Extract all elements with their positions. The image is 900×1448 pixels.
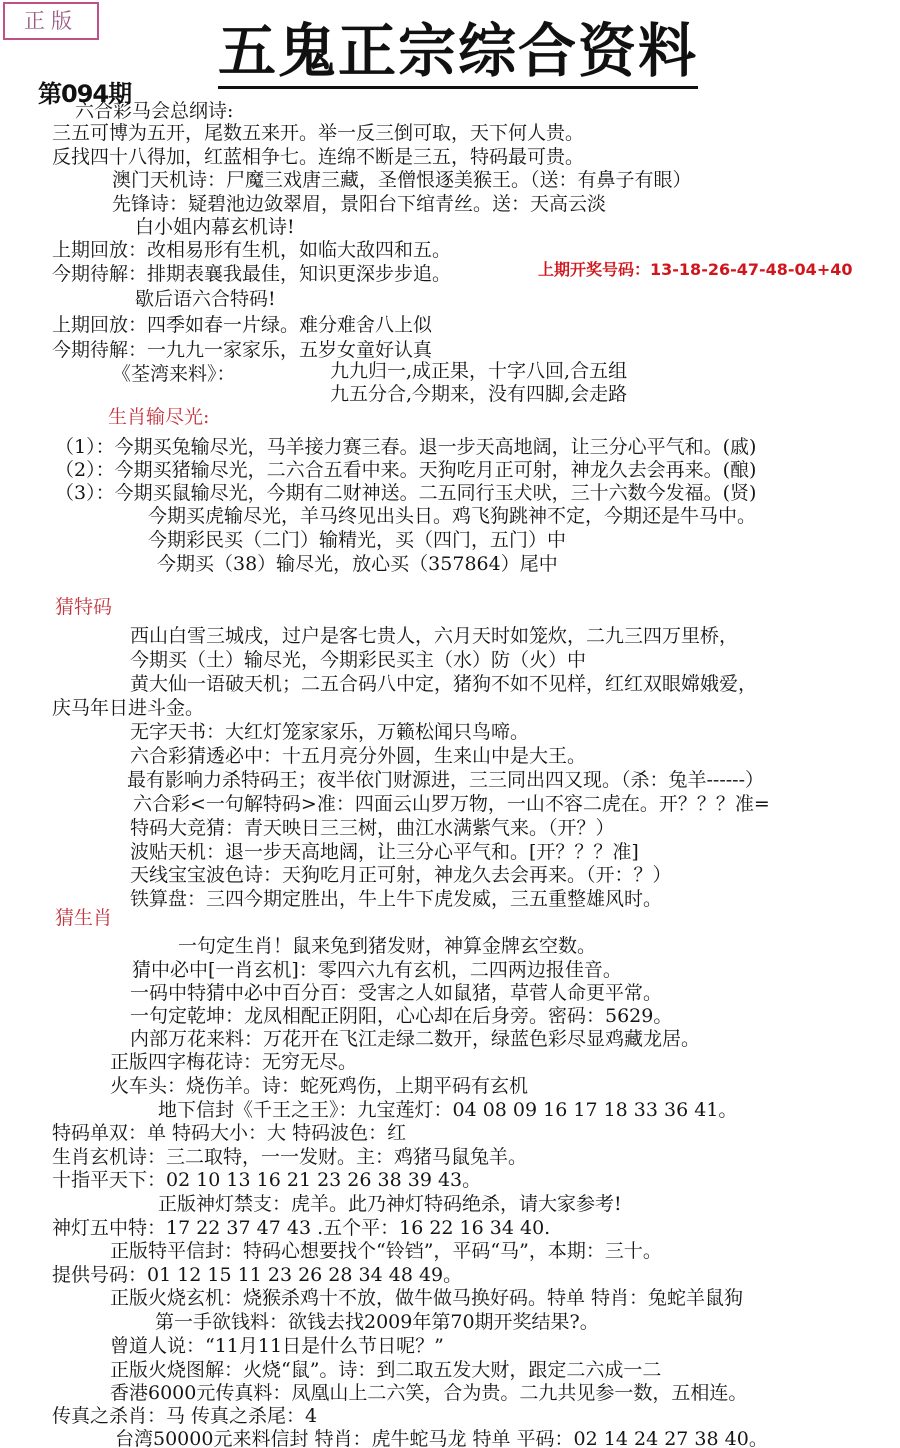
text-line: 反找四十八得加，红蓝相争七。连绵不断是三五，特码最可贵。 (52, 146, 584, 168)
text-line: 提供号码：01 12 15 11 23 26 28 34 48 49。 (52, 1264, 462, 1286)
text-line: 今期买（土）输尽光，今期彩民买主（水）防（火）中 (130, 649, 586, 671)
text-line: 三五可博为五开，尾数五来开。举一反三倒可取，天下何人贵。 (52, 122, 584, 144)
text-line: 传真之杀肖：马 传真之杀尾：4 (52, 1405, 317, 1427)
text-line: 神灯五中特：17 22 37 47 43 .五个平：16 22 16 34 40… (52, 1217, 550, 1239)
text-line: 《荃湾来料》： (112, 363, 236, 385)
text-line: 猜中必中[一肖玄机]：零四六九有玄机，二四两边报佳音。 (132, 959, 622, 981)
last-draw-value: 13-18-26-47-48-04+40 (650, 260, 852, 279)
text-line: 西山白雪三城戌，过户是客七贵人，六月天时如笼炊，二九三四万里桥， (130, 625, 738, 647)
text-line: 最有影响力杀特码王；夜半依门财源进，三三同出四又现。（杀：兔羊------） (127, 769, 764, 791)
text-line: 九九归一,成正果，十字八回,合五组 (330, 360, 627, 382)
text-line: 正版神灯禁支：虎羊。此乃神灯特码绝杀，请大家参考! (158, 1193, 622, 1215)
text-line: 台湾50000元来料信封 特肖：虎牛蛇马龙 特单 平码：02 14 24 27 … (115, 1428, 768, 1448)
text-line: 澳门天机诗：尸魔三戏唐三藏，圣僧恨逐美猴王。（送：有鼻子有眼） (112, 169, 692, 191)
text-line: 特码大竞猜：青天映日三三树，曲江水满紫气来。（开？） (130, 817, 615, 839)
text-line: （1）：今期买兔输尽光，马羊接力赛三春。退一步天高地阔，让三分心平气和。(戚) (55, 436, 756, 458)
text-line: 正版特平信封：特码心想要找个“铃铛”，平码“马”，本期：三十。 (110, 1240, 662, 1262)
text-line: 上期回放：四季如春一片绿。难分难舍八上似 (52, 314, 432, 336)
last-draw-label: 上期开奖号码： (538, 260, 650, 279)
text-line: 今期彩民买（二门）输精光，买（四门，五门）中 (148, 529, 566, 551)
text-line: 庆马年日进斗金。 (52, 697, 204, 719)
text-line: 今期待解：排期表襄我最佳，知识更深步步追。 (52, 263, 451, 285)
text-line: 一句定生肖！鼠来兔到猪发财，神算金牌玄空数。 (178, 935, 596, 957)
text-line: 六合彩马会总纲诗: (75, 100, 233, 122)
text-line: 正版四字梅花诗：无穷无尽。 (110, 1051, 357, 1073)
page-title: 五鬼正宗综合资料 (218, 18, 698, 89)
text-line: 先锋诗：疑碧池边敛翠眉，景阳台下绾青丝。送：天高云淡 (112, 193, 606, 215)
text-line: 火车头：烧伤羊。诗：蛇死鸡伤，上期平码有玄机 (110, 1075, 528, 1097)
text-line: （2）：今期买猪输尽光，二六合五看中来。天狗吃月正可射，神龙久去会再来。(酿) (55, 459, 756, 481)
text-line: 白小姐内幕玄机诗! (135, 216, 295, 238)
text-line: 波贴天机：退一步天高地阔，让三分心平气和。[开？？？准] (130, 841, 639, 863)
genuine-badge: 正版 (3, 2, 99, 40)
text-line: 地下信封《千王之王》：九宝莲灯：04 08 09 16 17 18 33 36 … (158, 1099, 737, 1121)
text-line: 曾道人说：“11月11日是什么节日呢？” (110, 1335, 444, 1357)
text-line: 今期买（38）输尽光，放心买（357864）尾中 (157, 553, 558, 575)
text-line: 六合彩<一句解特码>准：四面云山罗万物，一山不容二虎在。开？？？准= (133, 793, 770, 815)
text-line: 黄大仙一语破天机；二五合码八中定，猪狗不如不见样，红红双眼嫦娥爱， (130, 673, 757, 695)
text-line: 上期回放：改相易形有生机，如临大敌四和五。 (52, 239, 451, 261)
text-line: 内部万花来料：万花开在飞江走绿二数开，绿蓝色彩尽显鸡藏龙居。 (130, 1028, 700, 1050)
text-line: （3）：今期买鼠输尽光，今期有二财神送。二五同行玉犬吠，三十六数今发福。(贤) (55, 482, 756, 504)
text-line: 一句定乾坤：龙凤相配正阴阳，心心却在后身旁。密码：5629。 (130, 1005, 672, 1027)
text-line: 六合彩猜透必中：十五月亮分外圆，生来山中是大王。 (130, 745, 586, 767)
text-line: 九五分合,今期来，没有四脚,会走路 (330, 383, 627, 405)
text-line: 今期买虎输尽光，羊马终见出头日。鸡飞狗跳神不定，今期还是牛马中。 (148, 505, 756, 527)
text-line: 十指平天下：02 10 13 16 21 23 26 38 39 43。 (52, 1169, 481, 1191)
last-draw-numbers: 上期开奖号码：13-18-26-47-48-04+40 (538, 259, 852, 281)
text-line: 无字天书：大红灯笼家家乐，万籁松闻只鸟啼。 (130, 721, 529, 743)
text-line: 香港6000元传真料：凤凰山上二六笑，合为贵。二九共见参一数，五相连。 (110, 1382, 747, 1404)
section-heading-cai-tema: 猜特码 (55, 596, 112, 618)
text-line: 正版火烧图解：火烧“鼠”。诗：到二取五发大财，跟定二六成一二 (110, 1359, 661, 1381)
section-heading-shengxiao: 生肖输尽光: (108, 406, 209, 428)
text-line: 铁算盘：三四今期定胜出，牛上牛下虎发威，三五重整雄风时。 (130, 888, 662, 910)
text-line: 正版火烧玄机：烧猴杀鸡十不放，做牛做马换好码。特单 特肖：兔蛇羊鼠狗 (110, 1287, 743, 1309)
section-heading-cai-shengxiao: 猜生肖 (55, 907, 112, 929)
text-line: 今期待解：一九九一家家乐，五岁女童好认真 (52, 339, 432, 361)
text-line: 天线宝宝波色诗：天狗吃月正可射，神龙久去会再来。（开：？） (130, 864, 672, 886)
text-line: 生肖玄机诗：三二取特，一一发财。主：鸡猪马鼠兔羊。 (52, 1146, 527, 1168)
text-line: 特码单双：单 特码大小：大 特码波色：红 (52, 1122, 406, 1144)
text-line: 歇后语六合特码! (135, 288, 276, 310)
text-line: 第一手欲钱料：欲钱去找2009年第70期开奖结果?。 (155, 1311, 599, 1333)
text-line: 一码中特猜中必中百分百：受害之人如鼠猪，草菅人命更平常。 (130, 982, 662, 1004)
